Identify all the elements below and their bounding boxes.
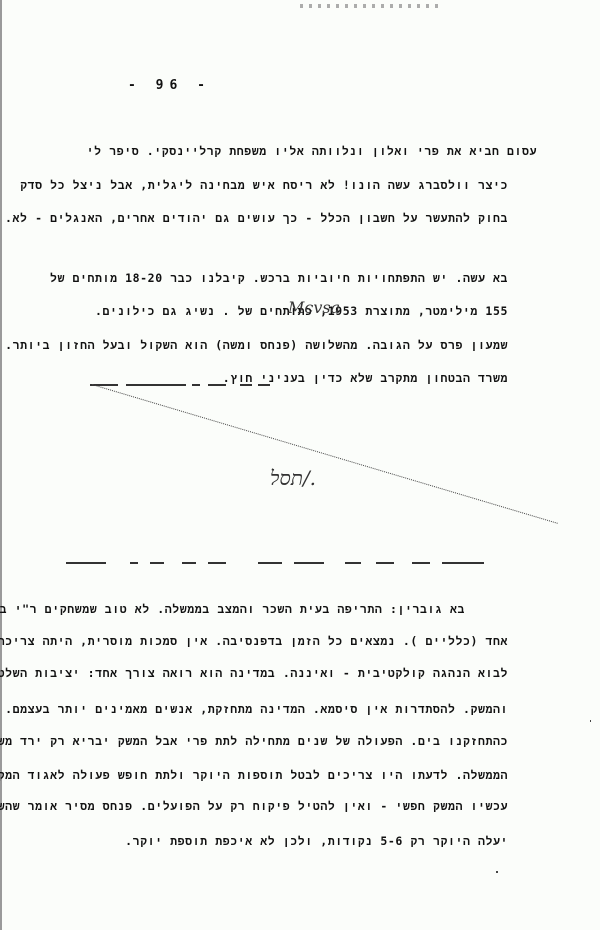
scan-speck: [496, 871, 498, 873]
paragraph-2-line-3: שמעון פרס על הגובה. מהשלושה (פנחס ומשה) …: [5, 338, 508, 353]
paragraph-3-line-8: יעלה היוקר רק 5-6 נקודות, ולכן לא איכפת …: [125, 834, 508, 849]
paragraph-3-line-6: הממשלה. לדעתו היו צריכים לבטל תוספות היו…: [0, 768, 508, 783]
paragraph-3-line-1: בא גוברין: התריפה בעית השכר והמצב בממשלה…: [0, 602, 465, 617]
page-number: - 96 -: [128, 78, 211, 93]
diagonal-strike-line: [92, 384, 558, 524]
paragraph-3-line-2: אחד (כלליים ). נמצאים כל הזמן בדפנסיבה. …: [0, 634, 508, 649]
paragraph-3-line-5: כהתחזקנו בים. הפעולה של שנים מתחילה לתת …: [0, 734, 508, 749]
paragraph-2-line-1: בא עשה. יש התפתחויות חיוביות ברכש. קיבלנ…: [50, 271, 508, 286]
paragraph-1-line-2: כיצר וולסברג עשה הונו! לא ריסח איש מבחינ…: [20, 178, 508, 193]
scan-edge: [0, 0, 2, 930]
paragraph-1-line-1: עסום חביא את פרי ואלון ונלוותה אליו משפח…: [87, 144, 537, 159]
scan-noise: [300, 4, 440, 8]
paragraph-3-line-3: לבוא הנהגה קולקטיבית - ואיננה. במדינה הו…: [0, 666, 508, 681]
paragraph-1-line-3: בחוק להתעשר על חשבון הכלל - כך עושים גם …: [5, 211, 508, 226]
handwritten-mark: תסל/.: [270, 466, 316, 491]
scan-speck: [590, 720, 591, 722]
strike-dashes-bottom: [0, 562, 600, 564]
strike-dashes-top: [0, 384, 600, 386]
handwritten-insert: Mcvsa: [288, 298, 340, 317]
paragraph-3-line-4: והמשק. להסתדרות אין סיסמא. המדינה מתחזקת…: [5, 702, 508, 717]
paragraph-3-line-7: עכשיו המשק חפשי - ואין להטיל פיקוח רק על…: [0, 799, 508, 814]
